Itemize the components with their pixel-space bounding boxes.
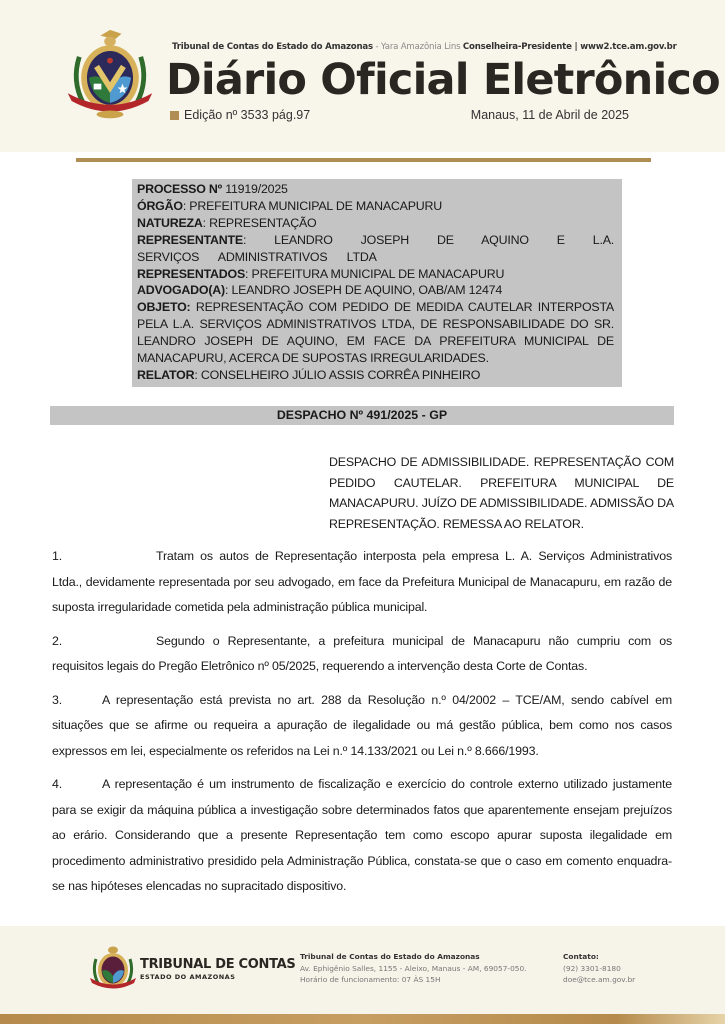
footer-gold-bar: [0, 1014, 725, 1024]
publication-date: Manaus, 11 de Abril de 2025: [471, 108, 629, 122]
paragraph-2: 2.Segundo o Representante, a prefeitura …: [52, 629, 672, 680]
website-link[interactable]: www2.tce.am.gov.br: [580, 42, 676, 52]
institution-name: Tribunal de Contas do Estado do Amazonas: [172, 42, 373, 52]
president-name: Yara Amazônia Lins: [381, 42, 460, 52]
document-body: 1.Tratam os autos de Representação inter…: [52, 544, 672, 908]
representados-row: REPRESENTADOS: PREFEITURA MUNICIPAL DE M…: [137, 266, 614, 283]
masthead-title: Diário Oficial Eletrônico: [166, 55, 720, 105]
natureza-row: NATUREZA: REPRESENTAÇÃO: [137, 215, 614, 232]
despacho-ementa: DESPACHO DE ADMISSIBILIDADE. REPRESENTAÇ…: [329, 452, 674, 534]
footer-contact: Contato: (92) 3301-8180 doe@tce.am.gov.b…: [563, 951, 635, 986]
advogado-row: ADVOGADO(A): LEANDRO JOSEPH DE AQUINO, O…: [137, 282, 614, 299]
edition-info: Edição nº 3533 pág.97: [170, 108, 310, 122]
representante-row: REPRESENTANTE: LEANDRO JOSEPH DE AQUINO …: [137, 232, 614, 266]
footer-brand: TRIBUNAL DE CONTAS ESTADO DO AMAZONAS: [140, 957, 295, 981]
square-bullet-icon: [170, 111, 179, 120]
header-divider: [76, 158, 651, 162]
footer-coat-of-arms-icon: [88, 944, 138, 994]
edition-text: Edição nº 3533 pág.97: [184, 108, 310, 122]
contact-email[interactable]: doe@tce.am.gov.br: [563, 974, 635, 986]
relator-row: RELATOR: CONSELHEIRO JÚLIO ASSIS CORRÊA …: [137, 367, 614, 384]
paragraph-3: 3.A representação está prevista no art. …: [52, 688, 672, 765]
header-top-line: Tribunal de Contas do Estado do Amazonas…: [172, 42, 677, 52]
objeto-row: OBJETO: REPRESENTAÇÃO COM PEDIDO DE MEDI…: [137, 299, 614, 367]
contact-phone: (92) 3301-8180: [563, 963, 635, 975]
processo-row: PROCESSO Nº 11919/2025: [137, 181, 614, 198]
paragraph-1: 1.Tratam os autos de Representação inter…: [52, 544, 672, 621]
president-title: Conselheira-Presidente: [463, 42, 572, 52]
despacho-title: DESPACHO Nº 491/2025 - GP: [50, 406, 674, 425]
coat-of-arms-icon: [62, 28, 158, 124]
process-info-box: PROCESSO Nº 11919/2025 ÓRGÃO: PREFEITURA…: [132, 179, 622, 387]
footer-address: Tribunal de Contas do Estado do Amazonas…: [300, 951, 527, 986]
orgao-row: ÓRGÃO: PREFEITURA MUNICIPAL DE MANACAPUR…: [137, 198, 614, 215]
paragraph-4: 4.A representação é um instrumento de fi…: [52, 772, 672, 900]
